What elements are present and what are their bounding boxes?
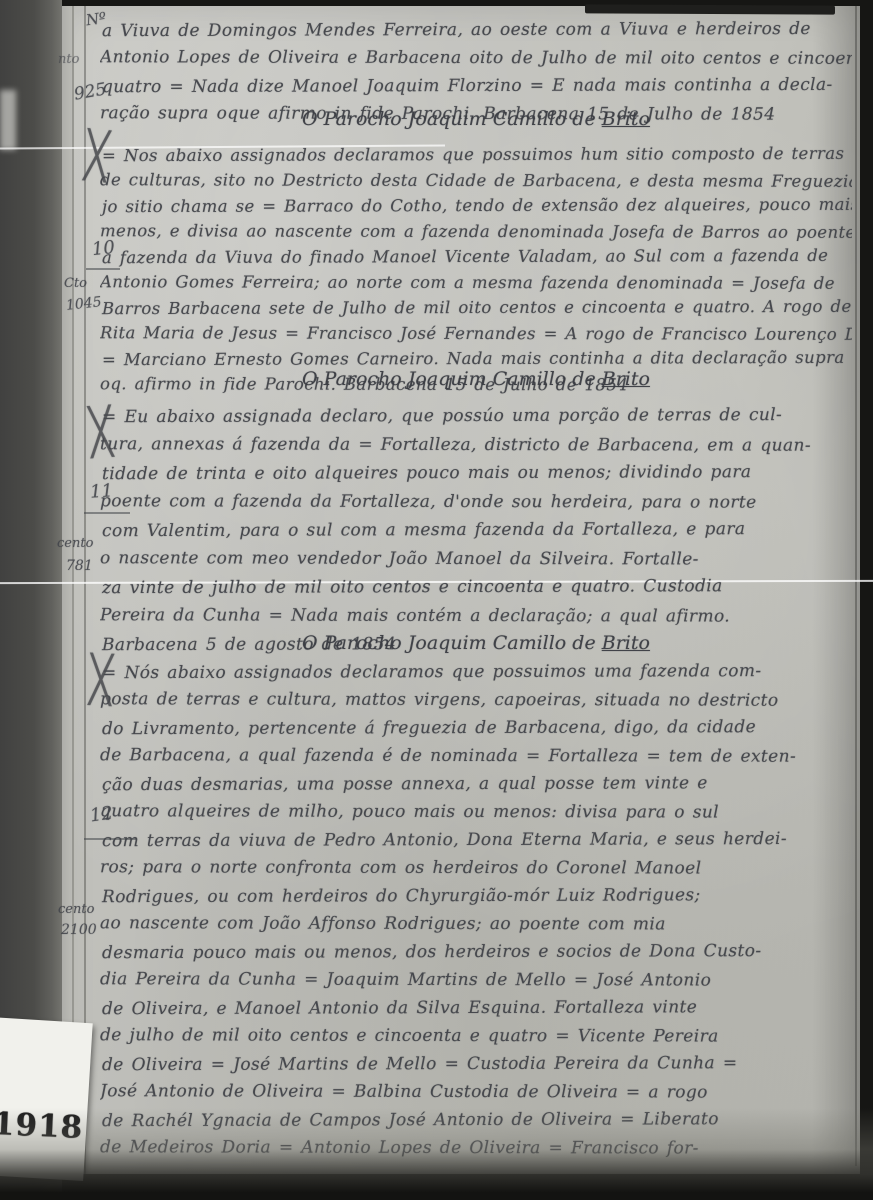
manuscript-line: menos, e divisa ao nascente com a fazend… xyxy=(100,218,852,245)
margin-cento-label: Cto xyxy=(64,276,87,291)
manuscript-line: o nascente com meo vendedor João Manoel … xyxy=(100,544,852,574)
manuscript-line: tura, annexas á fazenda da = Fortalleza,… xyxy=(100,430,852,460)
margin-cento-value: 781 xyxy=(66,558,93,574)
manuscript-line: posta de terras e cultura, mattos virgen… xyxy=(100,685,852,715)
manuscript-line: ção duas desmarias, uma posse annexa, a … xyxy=(102,769,852,799)
margin-underline-stroke xyxy=(86,268,120,270)
record-heading: O Parocho Joaquim Camillo de Brito xyxy=(100,368,852,390)
scanned-register-page: a Viuva de Domingos Mendes Ferreira, ao … xyxy=(0,0,873,1200)
manuscript-line: tidade de trinta e oito alqueires pouco … xyxy=(102,458,852,489)
manuscript-line: quatro alqueires de milho, pouco mais ou… xyxy=(100,797,852,827)
manuscript-line: desmaria pouco mais ou menos, dos herdei… xyxy=(102,937,852,967)
margin-underline-stroke xyxy=(84,512,130,514)
heading-name-underlined: Brito xyxy=(602,632,650,654)
manuscript-line: quatro = Nada dize Manoel Joaquim Florzi… xyxy=(102,71,852,101)
heading-name-underlined: Brito xyxy=(602,368,650,390)
manuscript-line: José Antonio de Oliveira = Balbina Custo… xyxy=(100,1077,852,1107)
heading-text: O Parocho Joaquim Camillo de xyxy=(302,108,602,130)
manuscript-line: de culturas, sito no Destricto desta Cid… xyxy=(100,167,852,194)
manuscript-line: Rita Maria de Jesus = Francisco José Fer… xyxy=(100,320,852,347)
manuscript-line: Pereira da Cunha = Nada mais contém a de… xyxy=(100,601,852,631)
margin-entry-number: 12 xyxy=(89,803,115,827)
manuscript-line: de Oliveira, e Manoel Antonio da Silva E… xyxy=(102,993,852,1023)
margin-entry-number: 11 xyxy=(89,480,113,503)
record-heading: O Parocho Joaquim Camillo de Brito xyxy=(100,632,852,654)
manuscript-line: com Valentim, para o sul com a mesma faz… xyxy=(102,515,852,546)
margin-cento-label: cento xyxy=(57,536,93,551)
heading-name-underlined: Brito xyxy=(602,108,650,130)
manuscript-paragraph-entry-10: = Nos abaixo assignados declaramos que p… xyxy=(100,142,852,397)
manuscript-line: ao nascente com João Affonso Rodrigues; … xyxy=(100,909,852,939)
manuscript-line: Rodrigues, ou com herdeiros do Chyrurgiã… xyxy=(102,881,852,911)
scan-bottom-shadow xyxy=(0,1108,873,1200)
manuscript-line: com terras da viuva de Pedro Antonio, Do… xyxy=(102,825,852,855)
manuscript-line: de Oliveira = José Martins de Mello = Cu… xyxy=(102,1049,852,1079)
manuscript-paragraph-entry-12: = Nós abaixo assignados declaramos que p… xyxy=(100,658,852,1162)
scan-top-bar xyxy=(585,4,835,14)
manuscript-line: do Livramento, pertencente á freguezia d… xyxy=(102,713,852,743)
manuscript-line: = Eu abaixo assignada declaro, que possú… xyxy=(102,402,852,432)
margin-rule-line xyxy=(72,6,74,1174)
margin-underline-stroke xyxy=(84,838,136,840)
manuscript-line: za vinte de julho de mil oito centos e c… xyxy=(102,572,852,603)
margin-text-fragment: nto xyxy=(58,52,79,67)
manuscript-line: poente com a fazenda da Fortalleza, d'on… xyxy=(100,487,852,517)
heading-text: O Parocho Joaquim Camillo de xyxy=(302,368,602,390)
manuscript-line: a Viuva de Domingos Mendes Ferreira, ao … xyxy=(102,16,852,45)
cross-mark-annotation: ╳ xyxy=(89,654,113,706)
manuscript-line: ros; para o norte confronta com os herde… xyxy=(100,853,852,883)
right-edge-line xyxy=(855,6,857,1166)
manuscript-line: = Nós abaixo assignados declaramos que p… xyxy=(102,658,852,687)
margin-number-sign: Nº xyxy=(85,9,107,30)
heading-text: O Parocho Joaquim Camillo de xyxy=(302,632,602,654)
manuscript-line: Antonio Gomes Ferreira; ao norte com a m… xyxy=(100,269,852,296)
margin-cento-label: cento xyxy=(58,902,94,917)
manuscript-line: Barros Barbacena sete de Julho de mil oi… xyxy=(102,294,852,322)
margin-entry-number: 10 xyxy=(91,237,116,260)
manuscript-line: dia Pereira da Cunha = Joaquim Martins d… xyxy=(100,965,852,995)
manuscript-line: de julho de mil oito centos e cincoenta … xyxy=(100,1021,852,1051)
manuscript-line: de Barbacena, a qual fazenda é de nomina… xyxy=(100,741,852,771)
manuscript-line: a fazenda da Viuva do finado Manoel Vice… xyxy=(102,243,852,271)
manuscript-line: Antonio Lopes de Oliveira e Barbacena oi… xyxy=(100,43,852,73)
manuscript-line: jo sitio chama se = Barraco do Cotho, te… xyxy=(102,192,852,220)
record-heading: O Parocho Joaquim Camillo de Brito xyxy=(100,108,852,130)
manuscript-paragraph-entry-11: = Eu abaixo assignada declaro, que possú… xyxy=(100,402,852,659)
cross-mark-annotation: ╳ xyxy=(88,406,113,459)
manuscript-line: = Nos abaixo assignados declaramos que p… xyxy=(102,142,852,169)
margin-cento-value: 2100 xyxy=(61,922,97,938)
